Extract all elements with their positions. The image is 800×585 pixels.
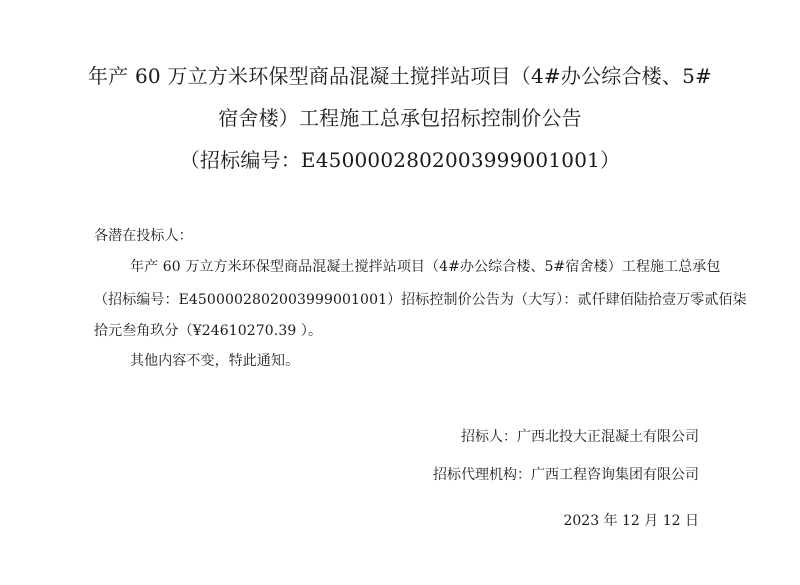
tender-number-title: （招标编号：E4500002802003999001001） bbox=[0, 144, 800, 173]
closing-note: 其他内容不变，特此通知。 bbox=[130, 350, 299, 370]
body-line-2: （招标编号：E4500002802003999001001）招标控制价公告为（大… bbox=[94, 289, 747, 309]
title-line-1: 年产 60 万立方米环保型商品混凝土搅拌站项目（4#办公综合楼、5# bbox=[0, 60, 800, 89]
agency-signature: 招标代理机构：广西工程咨询集团有限公司 bbox=[433, 464, 699, 484]
title-line-2: 宿舍楼）工程施工总承包招标控制价公告 bbox=[0, 102, 800, 131]
tenderer-signature: 招标人：广西北投大正混凝土有限公司 bbox=[461, 426, 699, 446]
body-line-3: 拾元叁角玖分（¥24610270.39 ）。 bbox=[94, 320, 322, 340]
announcement-date: 2023 年 12 月 12 日 bbox=[563, 510, 699, 530]
salutation: 各潜在投标人： bbox=[94, 225, 193, 245]
body-line-1: 年产 60 万立方米环保型商品混凝土搅拌站项目（4#办公综合楼、5#宿舍楼）工程… bbox=[130, 256, 721, 276]
